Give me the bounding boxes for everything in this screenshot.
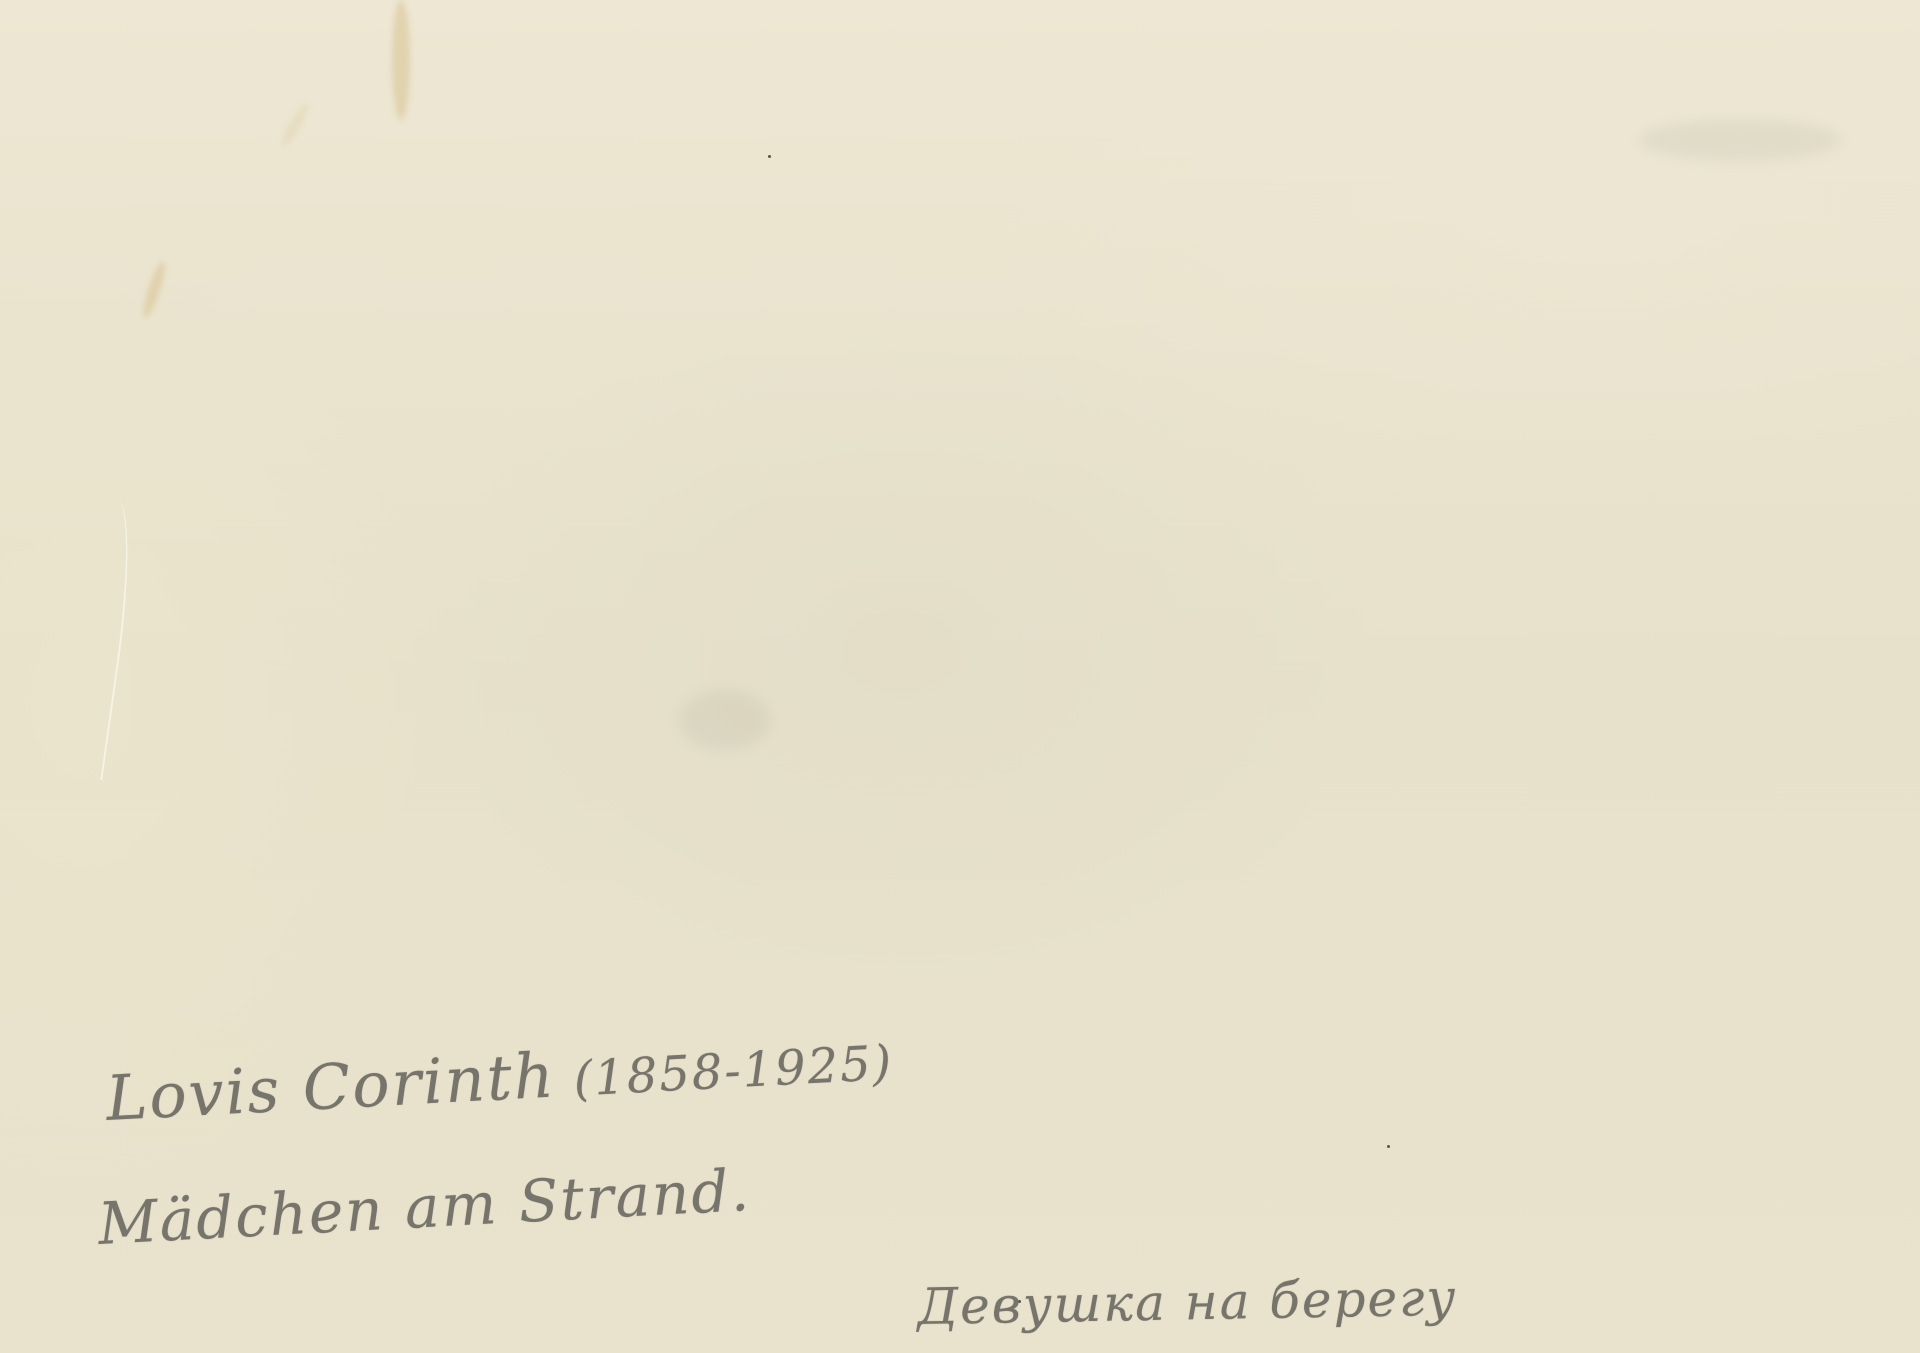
artist-dates: (1858-1925) (572, 1035, 894, 1108)
card-back: Lovis Corinth(1858-1925) Mädchen am Stra… (0, 0, 1920, 1353)
artist-name: Lovis Corinth (104, 1039, 557, 1135)
pencil-smudge (680, 690, 770, 750)
stain-mark (278, 101, 312, 149)
inscription-artist: Lovis Corinth(1858-1925) (104, 1021, 895, 1135)
inscription-title-german: Mädchen am Strand. (96, 1156, 752, 1258)
pencil-smudge (1640, 120, 1840, 160)
speck (1387, 1145, 1390, 1148)
stain-mark (139, 260, 169, 321)
paper-crease (60, 500, 141, 780)
inscription-title-russian: Девушка на берегу (917, 1269, 1458, 1336)
stain-mark (392, 0, 410, 120)
speck (768, 155, 771, 158)
